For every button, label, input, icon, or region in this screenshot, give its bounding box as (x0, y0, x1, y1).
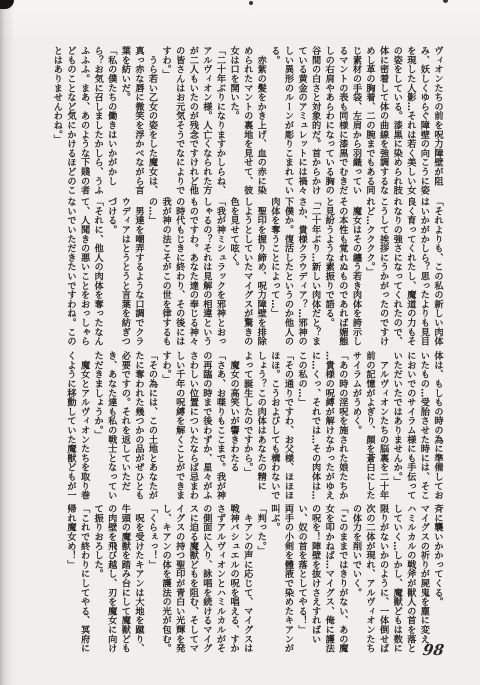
text-column: しい異形のルーンが彫りこまれてい (281, 46, 295, 194)
text-column: 呪を受けたキアンは大地を蹴り、 (131, 504, 145, 652)
text-column: 斉に襲いかかってくる。 (430, 504, 444, 652)
text-column: の皆さんはお元気そうでなによりで (172, 46, 186, 194)
text-column: 両手の小剣を體液で染めたキアンが (281, 504, 295, 652)
text-column: を現した人影…それは若く美しい女 (403, 46, 417, 194)
text-column: 必要ですの。それを返していただ (118, 351, 132, 499)
text-column: 体に密着して体の曲線を強調するな (376, 46, 390, 194)
text-column: 「それに、他人の肉体を奪ったなん (91, 197, 105, 345)
text-column: 「くらぇっ！」 (145, 504, 159, 652)
text-column: ヴィオンたちの前を呪力障壁が阻 (430, 46, 444, 194)
text-column: しい千年の呪縛を解くことができま (172, 351, 186, 499)
text-column: とはありませんわね。」 (50, 46, 64, 194)
text-column: サイラムがうめく。 (349, 351, 363, 499)
text-column: 我が神の法こそがこの世を律するも (159, 197, 173, 345)
text-column: ふふふ。まあ、あのような下賤の者 (77, 46, 91, 194)
text-column: においでのサイラム様にも手伝って (403, 351, 417, 499)
text-column: 谷間の白さと対象的だ。首からかけ (308, 46, 322, 194)
text-column: ものですわ。あなた達の奉じる神々 (186, 197, 200, 345)
text-column: しゃるの？それは見解の相違という (199, 197, 213, 345)
text-column: の時代もじきに終わり、その後には (172, 197, 186, 345)
text-column: の再臨の時まで後わずか、星々がふ (199, 351, 213, 499)
text-column: れど…クククク。」 (362, 197, 376, 345)
text-column: 牛頭の魔獣を踏み台にして魔獣ども (118, 504, 132, 652)
text-column: すわ。」 (159, 351, 173, 499)
text-column: ただきましょうか。」 (91, 351, 105, 499)
text-column: 限りがないかのように、一体倒せば (376, 504, 390, 652)
text-column: スに迫る魔獣どもを阻む、そしてマ (186, 504, 200, 652)
text-column: 男達を嘲弄するような口調でクラ (131, 197, 145, 345)
text-column: 真っ赤な唇に微笑を浮かべながら言 (131, 46, 145, 194)
text-column: キアンの声に応じて、マイグスは (240, 504, 254, 652)
text-column: アルヴィオン様。人亡くなられた方 (199, 46, 213, 194)
text-column: の側面に入り、詠唱を続けるマイグ (199, 504, 213, 652)
page-number: 98 (422, 641, 445, 659)
text-column: 「二十年ぶりになりますかしらね、 (213, 46, 227, 194)
text-column: その本性も覚れぬものであれば媚態 (335, 197, 349, 345)
scan-artifact-speck (249, 1, 253, 5)
text-column: 女を叩かねば…マイグス、俺に護法 (322, 504, 336, 652)
text-column: いたもの…受胎させた時には、そこ (417, 351, 431, 499)
text-column: 「あの時の淫呪を施された娘たちか (335, 351, 349, 499)
text-column: 帰れ魔女め！」 (63, 504, 77, 652)
text-column: この私の…」 (294, 351, 308, 499)
text-column: 「判った。」 (254, 504, 268, 652)
text-column: しの右肩やあらわになっている胸の (322, 46, 336, 194)
text-column: 「これで終わりにしてやる、冥府に (77, 504, 91, 652)
text-column: の…」 (145, 197, 159, 345)
text-column: イグスの持つ聖印が青白い光輝を発 (172, 504, 186, 652)
text-column: さずアルヴィオンとハミルカルがそ (213, 504, 227, 652)
text-column: ほほ。こうおよびしても構わないで (267, 351, 281, 499)
text-column: 「さあ、お喋りもここまで。我が神 (213, 351, 227, 499)
text-column: じ素材の手袋、左肩から羽織ってい (349, 46, 363, 194)
text-column: み、妖しくゆらぐ障壁の向こうに姿 (417, 46, 431, 194)
text-column: 「二十年ぶり…新しい肉体だと？ま (308, 197, 322, 345)
text-column: アルヴィオンたちの脳裏を二十年 (376, 351, 390, 499)
text-column: 「我が神ミシュラックを邪神とおっ (213, 197, 227, 345)
text-column: はいかがかしら？思ったよりも見目 (417, 197, 431, 345)
text-band-2: 「それよりも、この私の新しい肉体はいかがかしら？思ったよりも見目良く育ってくれた… (63, 197, 444, 345)
text-column: しょう？この肉体はあなたの精に (254, 351, 268, 499)
text-column: が二人もいたのが残念ですけれど他 (186, 46, 200, 194)
text-column: しようとしていたマイグスが驚きの (240, 197, 254, 345)
text-column: 体は、もしもの時の為に準備してお (430, 351, 444, 499)
text-column: 「私の僕たちの働きはいかがかし (104, 46, 118, 194)
text-column: の肉壁を飛び越し、刃を魔女に向け (104, 504, 118, 652)
text-column: めし革の胸着、二の腕までもある同 (362, 46, 376, 194)
text-column: 下僕か。復活したというのか他人の (281, 197, 295, 345)
text-column: る。 (267, 46, 281, 194)
text-column: ハミルカルの戦斧が獣人の首を落と (403, 504, 417, 652)
text-column: よって誕生したのですから。」 (240, 351, 254, 499)
text-column: 良く育ってくれたし、魔道の力もそ (403, 197, 417, 345)
text-column: るマントの表も同様に漆黒でむきだ (335, 46, 349, 194)
text-band-1: ヴィオンたちの前を呪力障壁が阻み、妖しくゆらぐ障壁の向こうに姿を現した人影…それ… (50, 46, 444, 194)
text-column: さわしい位置についたならば忌まわ (186, 351, 200, 499)
text-column: 戦神バシュエルの呪を唱える、すか (227, 504, 241, 652)
text-column: に…くっ、それでは…その肉体は… (308, 351, 322, 499)
text-column: …貴様の呪縛が解けなかったがゆえ (322, 351, 336, 499)
text-column: 魔女とアルヴィオンたちを取り巻 (77, 351, 91, 499)
text-column: たに奪われた幾つかの品がぜひとも (131, 351, 145, 499)
text-column: し、キアンの体を護法の光が包む。 (159, 504, 173, 652)
scanned-page: ヴィオンたちの前を呪力障壁が阻み、妖しくゆらぐ障壁の向こうに姿を現した人影…それ… (0, 0, 480, 685)
text-column: していく…しかし、魔獣どもは数に (390, 504, 404, 652)
text-column: すわ。」 (159, 46, 173, 194)
text-column: の呪を！陣壁を抜けさえすればい (308, 504, 322, 652)
text-band-3: 体は、もしもの時の為に準備しておいたもの…受胎させた時には、そこにおいでのサイラ… (63, 351, 444, 499)
text-column: 「その為には、この土地とあなたが (145, 351, 159, 499)
text-column: き、あなた達も私の戦士となってい (104, 351, 118, 499)
text-column: こうして挨拶にうかがったのですけ (376, 197, 390, 345)
text-column: められたマントの裏地を見せて、彼 (240, 46, 254, 194)
text-column: の姿をしている。漆黒に染められ肢 (390, 46, 404, 194)
text-column: れなりの強さになってくれたので、 (390, 197, 404, 345)
text-column: 女は口を開いた。 (227, 46, 241, 194)
text-column: 葉を紡いだ。 (118, 46, 132, 194)
text-column: 「それよりも、この私の新しい肉体 (430, 197, 444, 345)
text-column: いただいたではありませんか。」 (390, 351, 404, 499)
text-column: 肉体を奪うことによって…」 (267, 197, 281, 345)
text-column: て振りおろした。 (91, 504, 105, 652)
text-column: 「その通りですわ、お父様、ほほほ (281, 351, 295, 499)
text-column: て、人聞きの悪いことをおっしゃら (77, 197, 91, 345)
text-column: 前の記憶がよぎり、顔を蒼白にした (362, 351, 376, 499)
text-column: どものことなど気にかけるほどのこ (63, 46, 77, 194)
text-column: ている黄金のアミュレットには禍々 (294, 46, 308, 194)
text-column: うら若い乙女の姿をした魔女は、 (145, 46, 159, 194)
text-column: と見紛うような素振りで語る。 (322, 197, 336, 345)
scan-artifact-corner (0, 0, 14, 9)
text-column: の体力を削いでいく。 (349, 504, 363, 652)
text-band-4: 斉に襲いかかってくる。マイグスの祈りが屍鬼を塵に変え、ハミルカルの戦斧が獣人の首… (63, 504, 444, 652)
text-column: ないでいただきたいですわね。この (63, 197, 77, 345)
text-column: づける。 (104, 197, 118, 345)
text-column: 魔女の高笑いが響きわたる (227, 351, 241, 499)
text-column: 聖印を握り締め、呪力障壁を排除 (254, 197, 268, 345)
text-column: くように移動していた魔獣どもが一 (63, 351, 77, 499)
text-column: ウディアはとうとうと言葉を紡ぎつ (118, 197, 132, 345)
text-column: 魔女はその纏う若き肉体を誇示し (349, 197, 363, 345)
text-column: さか、貴様クラウディア？…邪神の (294, 197, 308, 345)
text-column: 叫ぶ。 (267, 504, 281, 652)
text-column: い、奴の首を落としてやる！」 (294, 504, 308, 652)
text-column: 「このままではきりがない、あの魔 (335, 504, 349, 652)
scan-artifact-speck (443, 0, 448, 3)
text-column: 次の二体が現れ、アルヴィオンたち (362, 504, 376, 652)
text-column: マイグスの祈りが屍鬼を塵に変え、 (417, 504, 431, 652)
text-column: 赤紫の髪をかき上げ、血の赤に染 (254, 46, 268, 194)
text-column: 色を見せて呟く。 (227, 197, 241, 345)
text-column: ら？お気に召しましたかしら、うふ (91, 46, 105, 194)
